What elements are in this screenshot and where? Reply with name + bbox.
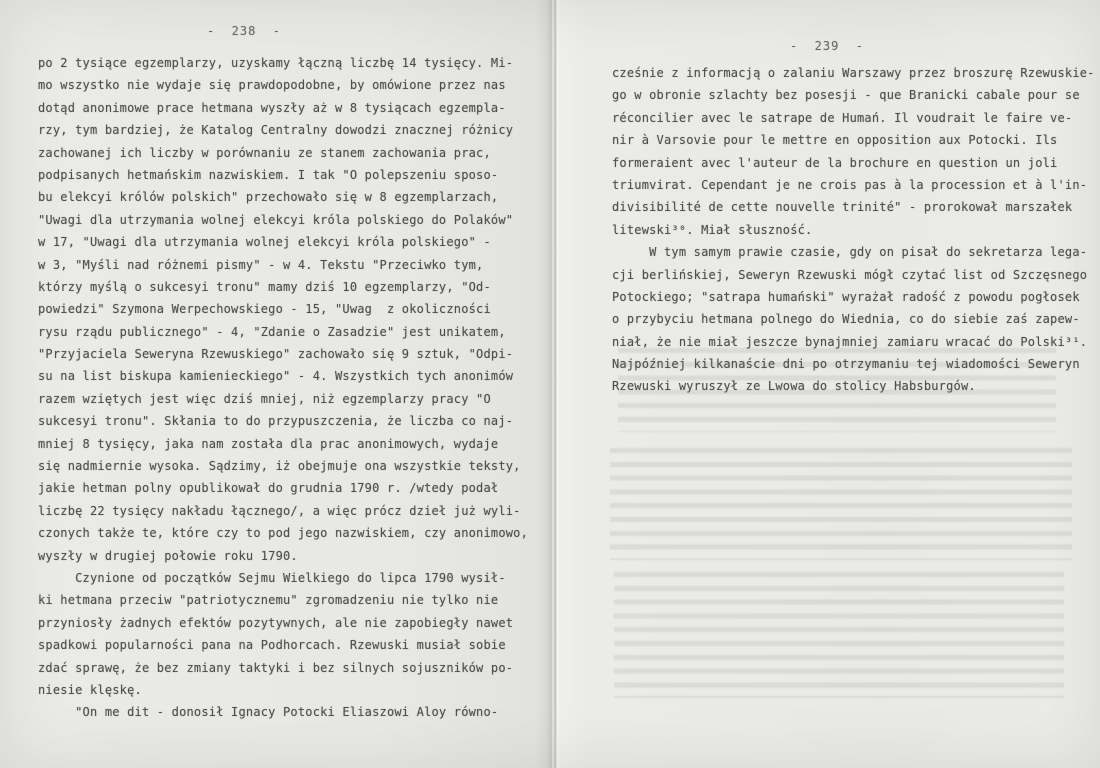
bleed-through-block (614, 572, 1064, 698)
text-line: niesie klęskę. (38, 679, 528, 701)
text-line: sukcesyi tronu". Skłania to do przypuszc… (38, 410, 528, 432)
text-line: formeraient avec l'auteur de la brochure… (612, 152, 1095, 174)
text-line: spadkowi popularności pana na Podhorcach… (38, 634, 528, 656)
text-line: mo wszystko nie wydaje się prawdopodobne… (38, 74, 528, 96)
text-line: jakie hetman polny opublikował do grudni… (38, 477, 528, 499)
text-line: su na list biskupa kamienieckiego" - 4. … (38, 365, 528, 387)
text-line: razem wziętych jest więc dziś mniej, niż… (38, 388, 528, 410)
page-number-left: - 238 - (207, 24, 281, 38)
text-line: w 3, "Myśli nad różnemi pismy" - w 4. Te… (38, 254, 528, 276)
text-line: czonych także te, które czy to pod jego … (38, 522, 528, 544)
text-line: mniej 8 tysięcy, jaka nam została dla pr… (38, 433, 528, 455)
text-line: go w obronie szlachty bez posesji - que … (612, 84, 1095, 106)
text-line: zdać sprawę, że bez zmiany taktyki i bez… (38, 657, 528, 679)
text-line: powiedzi" Szymona Werpechowskiego - 15, … (38, 298, 528, 320)
text-line: niał, że nie miał jeszcze bynajmniej zam… (612, 331, 1095, 353)
text-line: rysu rządu publicznego" - 4, "Zdanie o Z… (38, 321, 528, 343)
page-text-right: cześnie z informacją o zalaniu Warszawy … (612, 62, 1095, 398)
text-line: "On me dit - donosił Ignacy Potocki Elia… (38, 701, 528, 723)
page-text-left: po 2 tysiące egzemplarzy, uzyskamy łączn… (38, 52, 528, 724)
text-line: Czynione od początków Sejmu Wielkiego do… (38, 567, 528, 589)
text-line: réconcilier avec le satrape de Humań. Il… (612, 107, 1095, 129)
text-line: W tym samym prawie czasie, gdy on pisał … (612, 241, 1095, 263)
text-line: rzy, tym bardziej, że Katalog Centralny … (38, 119, 528, 141)
text-line: litewski³⁰. Miał słuszność. (612, 219, 1095, 241)
text-line: przyniosły żadnych efektów pozytywnych, … (38, 612, 528, 634)
text-line: Potockiego; "satrapa humański" wyrażał r… (612, 286, 1095, 308)
text-line: się nadmiernie wysoka. Sądzimy, iż obejm… (38, 455, 528, 477)
text-line: "Przyjaciela Seweryna Rzewuskiego" zacho… (38, 343, 528, 365)
text-line: triumvirat. Cependant je ne crois pas à … (612, 174, 1095, 196)
text-line: Najpóźniej kilkanaście dni po otrzymaniu… (612, 353, 1095, 375)
text-line: dotąd anonimowe prace hetmana wyszły aż … (38, 97, 528, 119)
text-line: po 2 tysiące egzemplarzy, uzyskamy łączn… (38, 52, 528, 74)
text-line: cji berlińskiej, Seweryn Rzewuski mógł c… (612, 264, 1095, 286)
text-line: Rzewuski wyruszył ze Lwowa do stolicy Ha… (612, 375, 1095, 397)
text-line: nir à Varsovie pour le mettre en opposit… (612, 129, 1095, 151)
text-line: w 17, "Uwagi dla utrzymania wolnej elekc… (38, 231, 528, 253)
text-line: którzy myślą o sukcesyi tronu" mamy dziś… (38, 276, 528, 298)
text-line: ki hetmana przeciw "patriotycznemu" zgro… (38, 589, 528, 611)
bleed-through-block (610, 448, 1072, 560)
book-scan: - 238 - po 2 tysiące egzemplarzy, uzyska… (0, 0, 1100, 768)
text-line: podpisanych hetmańskim nazwiskiem. I tak… (38, 164, 528, 186)
text-line: wyszły w drugiej połowie roku 1790. (38, 545, 528, 567)
text-line: divisibilité de cette nouvelle trinité" … (612, 196, 1095, 218)
page-238: - 238 - po 2 tysiące egzemplarzy, uzyska… (0, 0, 552, 768)
page-number-right: - 239 - (790, 39, 864, 53)
text-line: zachowanej ich liczby w porównaniu ze st… (38, 142, 528, 164)
text-line: cześnie z informacją o zalaniu Warszawy … (612, 62, 1095, 84)
text-line: o przybyciu hetmana polnego do Wiednia, … (612, 308, 1095, 330)
text-line: "Uwagi dla utrzymania wolnej elekcyi kró… (38, 209, 528, 231)
text-line: liczbę 22 tysięcy nakładu łącznego/, a w… (38, 500, 528, 522)
text-line: bu elekcyi królów polskich" przechowało … (38, 186, 528, 208)
page-239: - 239 - cześnie z informacją o zalaniu W… (552, 0, 1100, 768)
